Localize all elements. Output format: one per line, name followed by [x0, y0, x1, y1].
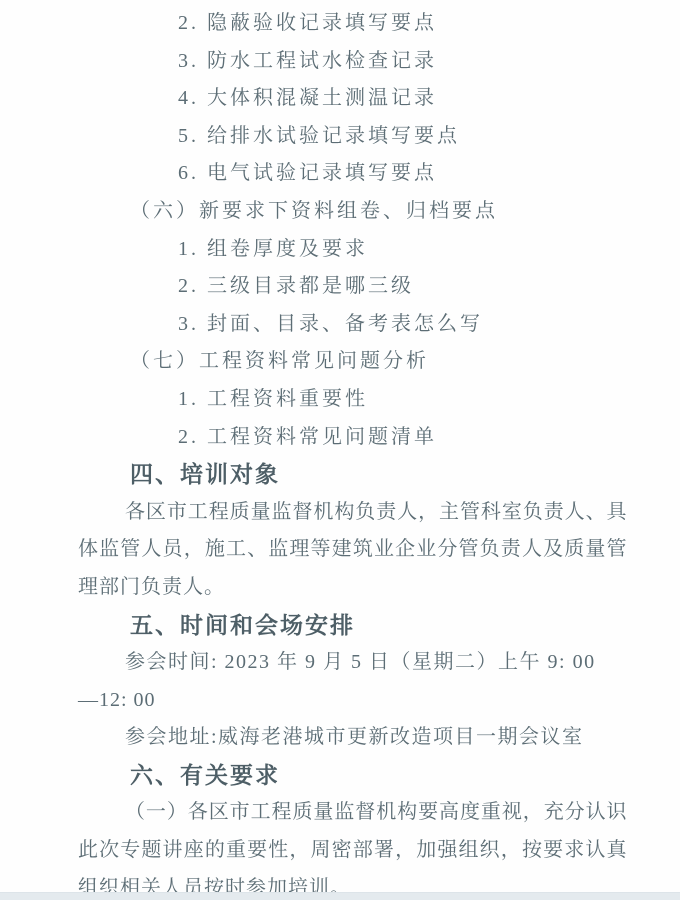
scanned-notice-page: 2. 隐蔽验收记录填写要点 3. 防水工程试水检查记录 4. 大体积混凝土测温记… [0, 0, 680, 900]
outline-subitem: 1. 工程资料重要性 [78, 381, 627, 419]
outline-subitem: 1. 组卷厚度及要求 [78, 231, 627, 269]
document-text-block: 2. 隐蔽验收记录填写要点 3. 防水工程试水检查记录 4. 大体积混凝土测温记… [78, 0, 627, 900]
para-training-targets-line: 各区市工程质量监督机构负责人，主管科室负责人、具 [78, 494, 627, 532]
outline-section-item: （六）新要求下资料组卷、归档要点 [78, 193, 627, 231]
outline-subitem: 3. 封面、目录、备考表怎么写 [78, 306, 627, 344]
outline-subitem: 2. 隐蔽验收记录填写要点 [78, 5, 627, 43]
heading-time-venue: 五、时间和会场安排 [78, 607, 627, 645]
page-bottom-edge [0, 892, 680, 900]
outline-subitem: 2. 工程资料常见问题清单 [78, 419, 627, 457]
outline-subitem: 5. 给排水试验记录填写要点 [78, 118, 627, 156]
para-training-targets-line: 理部门负责人。 [78, 569, 627, 607]
heading-requirements: 六、有关要求 [78, 757, 627, 795]
outline-subitem: 2. 三级目录都是哪三级 [78, 268, 627, 306]
para-training-targets-line: 体监管人员，施工、监理等建筑业企业分管负责人及质量管 [78, 531, 627, 569]
line-meeting-time: 参会时间: 2023 年 9 月 5 日（星期二）上午 9: 00 [78, 644, 627, 682]
outline-subitem: 4. 大体积混凝土测温记录 [78, 80, 627, 118]
line-meeting-time-cont: —12: 00 [78, 682, 627, 720]
heading-training-targets: 四、培训对象 [78, 456, 627, 494]
para-requirements-line: 此次专题讲座的重要性，周密部署，加强组织，按要求认真 [78, 832, 627, 870]
outline-subitem: 6. 电气试验记录填写要点 [78, 155, 627, 193]
outline-section-item: （七）工程资料常见问题分析 [78, 343, 627, 381]
para-requirements-line: （一）各区市工程质量监督机构要高度重视，充分认识 [78, 794, 627, 832]
line-meeting-address: 参会地址:威海老港城市更新改造项目一期会议室 [78, 719, 627, 757]
outline-subitem: 3. 防水工程试水检查记录 [78, 43, 627, 81]
